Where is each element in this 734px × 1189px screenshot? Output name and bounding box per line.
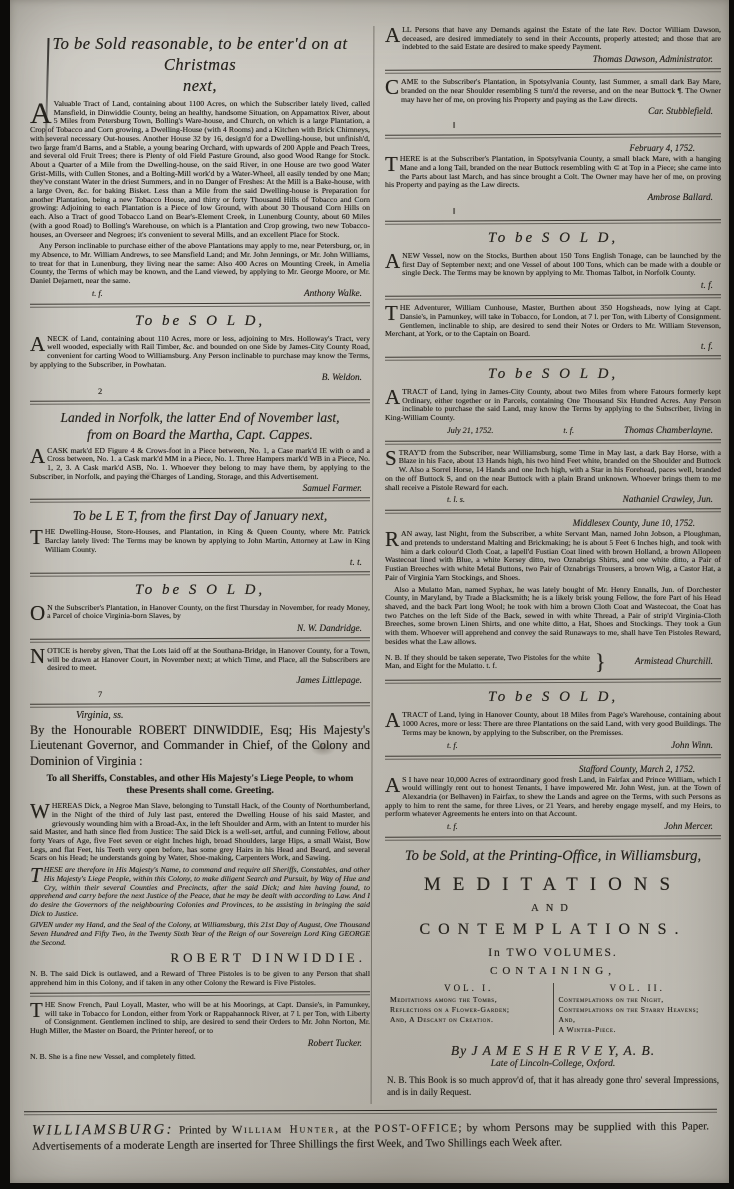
paragraph-text: TRACT of Land, lying in James-City Count… — [385, 387, 721, 422]
section-heading: To be S O L D, — [385, 688, 721, 707]
divider-rule — [385, 294, 721, 299]
signature-row: t. l. s.Nathaniel Crawley, Jun. — [385, 495, 721, 505]
paragraph-text: Any Person inclinable to purchase either… — [30, 241, 370, 285]
volume-header: VOL. II. — [559, 983, 717, 993]
imprint-part: Printed by — [174, 1124, 232, 1136]
ad-paragraph: CAME to the Subscriber's Plantation, in … — [385, 78, 721, 104]
signature-name: Thomas Dawson, Administrator. — [593, 55, 721, 65]
signature-name: t. f. — [701, 281, 721, 291]
signature-name: t. t. — [350, 558, 370, 568]
section-heading: To be Sold reasonable, to be enter'd on … — [30, 33, 370, 96]
signature-name: John Mercer. — [664, 822, 721, 832]
ad-paragraph: To all Sheriffs, Constables, and other H… — [38, 773, 362, 797]
drop-cap: T — [30, 528, 45, 546]
book-volumes-line: In TWO VOLUMES. — [385, 947, 721, 959]
heading-line: To be S O L D, — [30, 581, 370, 600]
drop-cap: A — [385, 252, 402, 270]
book-title: MEDITATIONS — [385, 874, 721, 896]
ad-paragraph: ALL Persons that have any Demands agains… — [385, 26, 721, 52]
divider-rule — [385, 439, 721, 444]
signature-name: Samuel Farmer. — [303, 484, 370, 494]
heading-line: To be S O L D, — [30, 312, 370, 331]
drop-cap: O — [30, 604, 47, 622]
signature-row: Car. Stubblefield. — [385, 107, 721, 117]
drop-cap: S — [385, 449, 399, 467]
paragraph-text: GIVEN under my Hand, and the Seal of the… — [30, 920, 370, 946]
paragraph-text: NECK of Land, containing about 110 Acres… — [30, 334, 370, 369]
volume-item: And, A Descant on Creation. — [390, 1015, 548, 1025]
imprint-part: WILLIAMSBURG: — [32, 1122, 174, 1139]
book-and: AND — [385, 903, 721, 914]
signature-name: John Winn. — [671, 741, 721, 751]
drop-cap: R — [385, 530, 401, 548]
dateline: Stafford County, March 2, 1752. — [385, 764, 721, 774]
signature-name: ROBERT DINWIDDIE. — [170, 950, 370, 966]
ad-paragraph: STRAY'D from the Subscriber, near Willia… — [385, 449, 721, 493]
dateline-or-tf-mark: t. l. s. — [447, 495, 465, 504]
section-heading: To be S O L D, — [30, 312, 370, 331]
paragraph-text: Virginia, ss. — [76, 710, 124, 721]
ad-paragraph: THESE are therefore in His Majesty's Nam… — [30, 866, 370, 918]
drop-cap: T — [385, 304, 400, 322]
divider-rule — [385, 133, 721, 138]
volume-header: VOL. I. — [390, 983, 548, 993]
drop-cap: A — [385, 26, 402, 44]
book-volume-columns: VOL. I.Meditations among the Tombs,Refle… — [385, 983, 721, 1035]
column-divider-rule — [371, 26, 375, 1104]
drop-cap: C — [385, 78, 401, 96]
paragraph-text: AME to the Subscriber's Plantation, in S… — [401, 77, 721, 103]
signature-name: Anthony Walke. — [304, 289, 370, 299]
signature-row: James Littlepage. — [30, 676, 370, 686]
heading-line: next, — [30, 75, 370, 96]
ad-paragraph: AValuable Tract of Land, containing abou… — [30, 100, 370, 239]
ad-paragraph: RAN away, last Night, from the Subscribe… — [385, 530, 721, 582]
ad-paragraph: ATRACT of Land, lying in James-City Coun… — [385, 388, 721, 423]
signature-row: t. f. — [385, 342, 721, 352]
ad-paragraph: ANEW Vessel, now on the Stocks, Burthen … — [385, 252, 721, 278]
book-author-line: By J A M E S H E R V E Y, A. B. — [385, 1043, 721, 1059]
imprint-text: WILLIAMSBURG: Printed by William Hunter,… — [24, 1118, 717, 1154]
divider-rule — [30, 702, 370, 707]
nb-text: N. B. If they should be taken seperate, … — [385, 654, 590, 671]
drop-cap: A — [385, 388, 402, 406]
drop-cap: T — [30, 866, 44, 884]
paragraph-text: S I have near 10,000 Acres of extraordin… — [385, 775, 721, 819]
book-advert: To be Sold, at the Printing-Office, in W… — [385, 848, 721, 1098]
book-nb: N. B. This Book is so much approv'd of, … — [387, 1075, 719, 1098]
paragraph-text: N. B. She is a fine new Vessel, and comp… — [30, 1052, 196, 1061]
drop-cap: T — [385, 155, 400, 173]
book-volume-vol2: VOL. II.Contemplations on the Night,Cont… — [553, 983, 722, 1035]
ad-paragraph: AS I have near 10,000 Acres of extraordi… — [385, 776, 721, 820]
paragraph-text: To all Sheriffs, Constables, and other H… — [47, 773, 354, 796]
ad-paragraph: Also a Mulatto Man, named Syphax, he was… — [385, 586, 721, 647]
ad-paragraph: Any Person inclinable to purchase either… — [30, 242, 370, 286]
divider-rule — [385, 835, 721, 840]
signature-name: Thomas Chamberlayne. — [624, 426, 721, 436]
paragraph-text: HERE is at the Subscriber's Plantation, … — [385, 154, 721, 189]
volume-item: Meditations among the Tombs, — [390, 995, 548, 1005]
signature-row: t. t. — [30, 558, 370, 568]
section-heading: To be L E T, from the first Day of Janua… — [30, 507, 370, 524]
signature-row: t. f. — [385, 281, 721, 291]
ad-paragraph: ANECK of Land, containing about 110 Acre… — [30, 335, 370, 370]
signature-row: Ambrose Ballard. — [385, 193, 721, 203]
signature-row: ROBERT DINWIDDIE. — [30, 950, 370, 966]
signature-row: July 21, 1752.t. f.Thomas Chamberlayne. — [385, 426, 721, 436]
book-volume-vol1: VOL. I.Meditations among the Tombs,Refle… — [385, 983, 553, 1035]
divider-rule — [30, 571, 370, 576]
paragraph-text: N. B. The said Dick is outlawed, and a R… — [30, 969, 370, 987]
brace-glyph: } — [595, 649, 606, 675]
ad-paragraph: THE Dwelling-House, Store-Houses, and Pl… — [30, 528, 370, 554]
drop-cap: A — [385, 711, 402, 729]
ad-paragraph: THE Adventurer, William Cunhouse, Master… — [385, 304, 721, 339]
dateline-or-tf-mark: t. f. — [447, 741, 458, 750]
paragraph-text: HEREAS Dick, a Negroe Man Slave, belongi… — [30, 801, 370, 862]
section-mark: 2 — [98, 386, 370, 396]
signature-name: James Littlepage. — [296, 676, 370, 686]
signature-row: Thomas Dawson, Administrator. — [385, 55, 721, 65]
signature-row: Robert Tucker. — [30, 1039, 370, 1049]
signature-row: B. Weldon. — [30, 373, 370, 383]
drop-cap: W — [30, 802, 52, 820]
volume-item: Reflections on a Flower-Garden; — [390, 1005, 548, 1015]
signature-row: Samuel Farmer. — [30, 484, 370, 494]
dateline: Middlesex County, June 10, 1752. — [385, 518, 721, 528]
divider-rule — [385, 679, 721, 684]
heading-line: To be S O L D, — [385, 229, 721, 248]
volume-item: Contemplations on the Starry Heavens; An… — [559, 1005, 717, 1025]
signature-name: Nathaniel Crawley, Jun. — [623, 495, 721, 505]
paragraph-text: TRACT of Land, lying in Hanover County, … — [402, 710, 721, 736]
paragraph-text: Also a Mulatto Man, named Syphax, he was… — [385, 585, 721, 646]
imprint-part: William Hunter — [232, 1123, 335, 1136]
section-heading: To be S O L D, — [385, 229, 721, 248]
ad-paragraph: NOTICE is hereby given, That the Lots la… — [30, 647, 370, 673]
divider-rule — [30, 637, 370, 642]
paragraph-text: AN away, last Night, from the Subscriber… — [385, 529, 721, 582]
imprint-rule — [24, 1109, 717, 1115]
divider-rule — [30, 991, 370, 996]
drop-cap: A — [385, 776, 402, 794]
tf-mark: t. f. — [563, 426, 574, 435]
heading-line: from on Board the Martha, Capt. Cappes. — [30, 426, 370, 443]
divider-rule — [30, 302, 370, 307]
divider-rule — [385, 68, 721, 73]
dateline: February 4, 1752. — [385, 143, 721, 153]
book-ad-heading: To be Sold, at the Printing-Office, in W… — [385, 848, 721, 865]
paragraph-text: CASK mark'd ED Figure 4 & Crows-foot in … — [30, 446, 370, 481]
ad-paragraph: ACASK mark'd ED Figure 4 & Crows-foot in… — [30, 447, 370, 482]
paragraph-text: HE Dwelling-House, Store-Houses, and Pla… — [45, 527, 370, 553]
book-containing-line: CONTAINING, — [385, 965, 721, 977]
heading-line: To be S O L D, — [385, 688, 721, 707]
divider-rule — [30, 399, 370, 404]
dateline-or-tf-mark: t. f. — [92, 289, 103, 298]
imprint-part: , at the — [335, 1123, 374, 1135]
signature-name: t. f. — [701, 342, 721, 352]
section-mark: ‖ — [453, 206, 721, 216]
paragraph-text: By the Honourable ROBERT DINWIDDIE, Esq;… — [30, 723, 370, 768]
heading-line: To be L E T, from the first Day of Janua… — [30, 507, 370, 524]
drop-cap: A — [30, 335, 47, 353]
heading-line: To be Sold reasonable, to be enter'd on … — [30, 33, 370, 75]
signature-row: t. f.John Mercer. — [385, 822, 721, 832]
book-title-2: CONTEMPLATIONS. — [385, 921, 721, 939]
printer-imprint: WILLIAMSBURG: Printed by William Hunter,… — [24, 1110, 717, 1152]
paragraph-text: NEW Vessel, now on the Stocks, Burthen a… — [402, 251, 721, 277]
heading-line: Landed in Norfolk, the latter End of Nov… — [30, 409, 370, 426]
ad-paragraph: THE Snow French, Paul Loyall, Master, wh… — [30, 1001, 370, 1036]
signature-name: N. W. Dandridge. — [297, 624, 370, 634]
section-heading: To be S O L D, — [385, 365, 721, 384]
ad-paragraph: N. B. She is a fine new Vessel, and comp… — [30, 1053, 370, 1062]
divider-rule — [385, 219, 721, 224]
paragraph-text: N the Subscriber's Plantation, in Hanove… — [47, 603, 370, 621]
dateline-or-tf-mark: t. f. — [447, 822, 458, 831]
signature-name: Car. Stubblefield. — [648, 107, 721, 117]
ad-paragraph: N. B. The said Dick is outlawed, and a R… — [30, 970, 370, 987]
drop-cap: N — [30, 647, 47, 665]
drop-cap: A — [30, 447, 47, 465]
section-mark: 7 — [98, 689, 370, 699]
signature-name: B. Weldon. — [322, 373, 370, 383]
ad-paragraph: ON the Subscriber's Plantation, in Hanov… — [30, 604, 370, 621]
divider-rule — [385, 509, 721, 514]
volume-item: A Winter-Piece. — [559, 1025, 717, 1035]
paragraph-text: OTICE is hereby given, That the Lots lai… — [47, 646, 370, 672]
paragraph-text: Valuable Tract of Land, containing about… — [30, 99, 370, 239]
signature-row: t. f.John Winn. — [385, 741, 721, 751]
drop-cap: A — [30, 100, 54, 126]
newspaper-page: To be Sold reasonable, to be enter'd on … — [10, 0, 729, 1183]
paragraph-text: LL Persons that have any Demands against… — [402, 25, 721, 51]
book-author-subline: Late of Lincoln-College, Oxford. — [385, 1059, 721, 1069]
scanned-newspaper-photo: { "columns": { "left": [ {"type":"displa… — [0, 0, 734, 1189]
left-column: To be Sold reasonable, to be enter'd on … — [30, 28, 370, 1106]
ad-paragraph: Virginia, ss. — [76, 712, 370, 721]
ad-paragraph: WHEREAS Dick, a Negroe Man Slave, belong… — [30, 802, 370, 863]
heading-line: To be S O L D, — [385, 365, 721, 384]
paragraph-text: HESE are therefore in His Majesty's Name… — [30, 865, 370, 918]
signature-name: Robert Tucker. — [308, 1039, 370, 1049]
signature-name: Armistead Churchill. — [635, 657, 721, 667]
dateline-or-tf-mark: July 21, 1752. — [447, 426, 493, 435]
signature-row: N. W. Dandridge. — [30, 624, 370, 634]
signature-name: Ambrose Ballard. — [648, 193, 721, 203]
divider-rule — [30, 498, 370, 503]
drop-cap: T — [30, 1001, 45, 1019]
section-heading: To be S O L D, — [30, 581, 370, 600]
nb-row: N. B. If they should be taken seperate, … — [385, 649, 721, 675]
ad-paragraph: By the Honourable ROBERT DINWIDDIE, Esq;… — [30, 723, 370, 770]
divider-rule — [385, 754, 721, 759]
imprint-part: POST-OFFICE — [374, 1122, 458, 1135]
paragraph-text: TRAY'D from the Subscriber, near William… — [385, 448, 721, 492]
volume-item: Contemplations on the Night, — [559, 995, 717, 1005]
divider-rule — [385, 355, 721, 360]
ad-paragraph: GIVEN under my Hand, and the Seal of the… — [30, 921, 370, 947]
right-column: ALL Persons that have any Demands agains… — [385, 24, 721, 1106]
section-heading: Landed in Norfolk, the latter End of Nov… — [30, 409, 370, 443]
paragraph-text: HE Snow French, Paul Loyall, Master, who… — [30, 1000, 370, 1035]
ad-paragraph: ATRACT of Land, lying in Hanover County,… — [385, 711, 721, 737]
signature-row: t. f.Anthony Walke. — [30, 289, 370, 299]
ad-paragraph: THERE is at the Subscriber's Plantation,… — [385, 155, 721, 190]
paragraph-text: HE Adventurer, William Cunhouse, Master,… — [385, 303, 721, 338]
section-mark: ‖ — [453, 120, 721, 130]
